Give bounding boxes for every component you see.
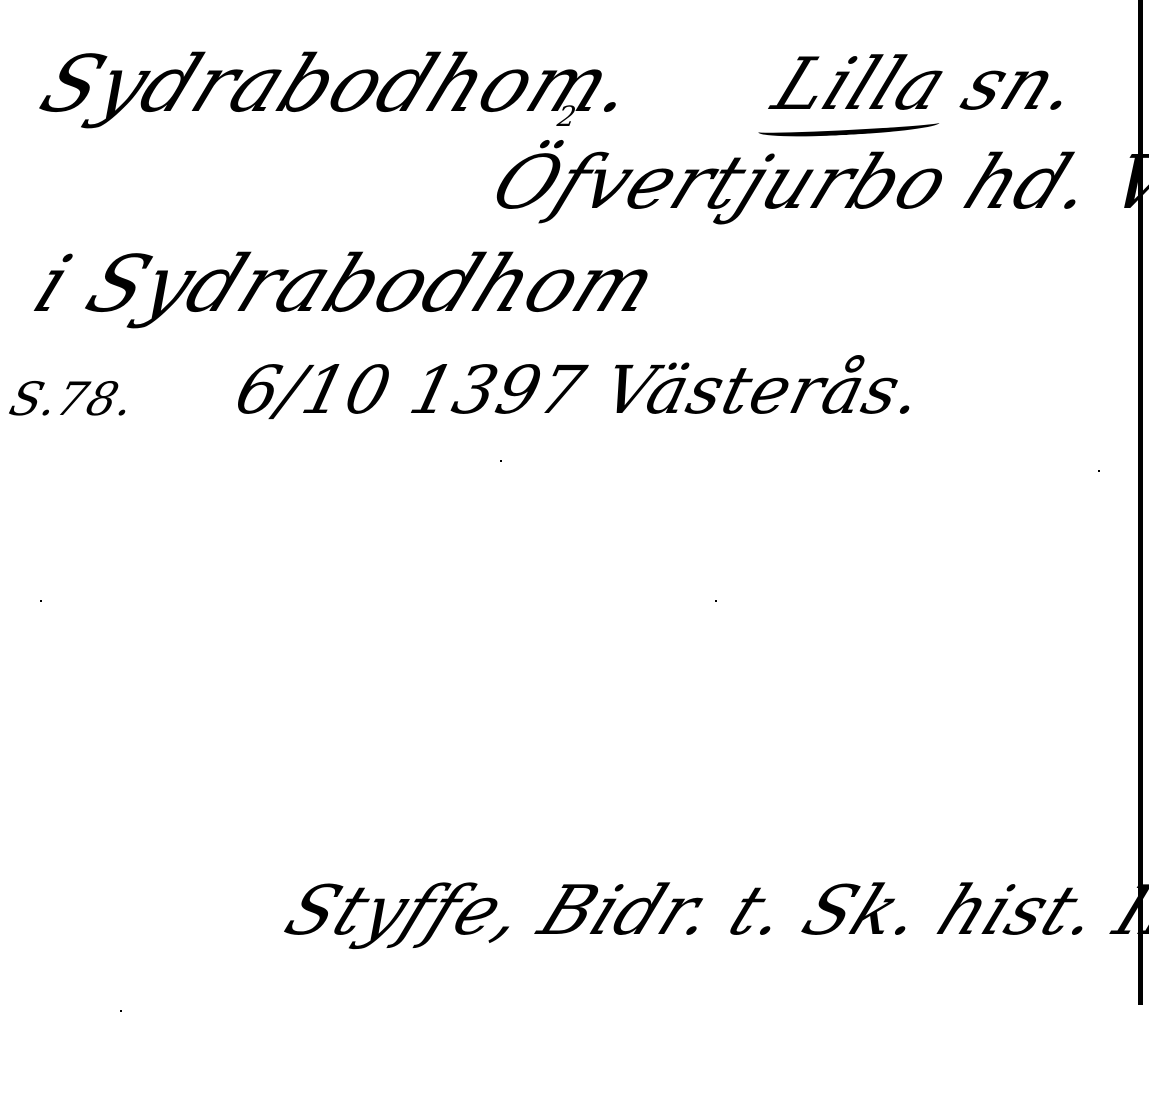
scan-speck bbox=[40, 600, 42, 602]
district-name: Öfvertjurbo hd. Vstm. bbox=[480, 140, 1149, 226]
source-citation: Styffe, Bidr. t. Sk. hist. II. bbox=[274, 872, 1149, 951]
scan-speck bbox=[500, 460, 502, 462]
index-card: Sydrabodhom. 2 Lilla sn. Öfvertjurbo hd.… bbox=[0, 0, 1149, 1113]
scan-speck bbox=[120, 1010, 122, 1012]
page-reference: S.78. bbox=[4, 372, 141, 426]
card-right-edge-line bbox=[1138, 0, 1143, 1005]
scan-speck bbox=[715, 600, 717, 602]
date-and-place: 6/10 1397 Västerås. bbox=[228, 352, 930, 429]
scan-speck bbox=[1098, 470, 1100, 472]
parish-name: Lilla sn. bbox=[762, 42, 1094, 126]
location-line: i Sydrabodhom bbox=[22, 240, 670, 330]
